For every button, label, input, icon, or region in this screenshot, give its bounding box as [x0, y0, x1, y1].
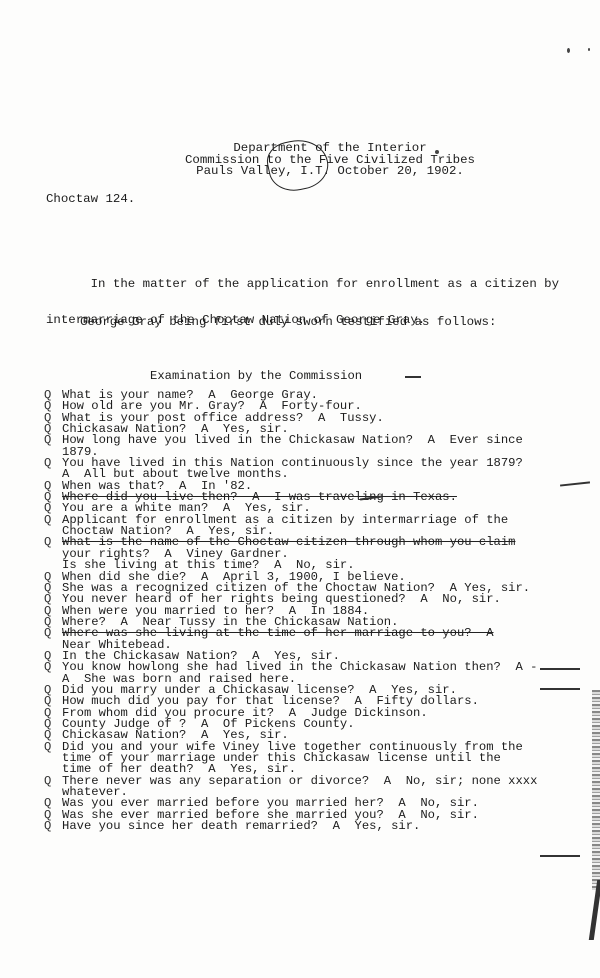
case-number: Choctaw 124.: [46, 192, 135, 206]
scan-speck: [588, 48, 590, 51]
question-marker: [44, 549, 62, 560]
question-marker: Q: [44, 515, 62, 526]
question-marker: Q: [44, 537, 62, 548]
document-page: Department of the Interior Commission to…: [0, 0, 600, 978]
transcript-line: QHave you since her death remarried? A Y…: [44, 821, 584, 832]
question-marker: Q: [44, 776, 62, 787]
transcript-text: There never was any separation or divorc…: [62, 776, 584, 787]
question-marker: [44, 753, 62, 764]
scan-edge-noise: [592, 690, 600, 890]
testimony-transcript: QWhat is your name? A George Gray.QHow o…: [44, 390, 584, 832]
sworn-statement: George Gray being first duly sworn testi…: [80, 315, 496, 329]
examination-title: Examination by the Commission: [150, 369, 362, 383]
transcript-text: How long have you lived in the Chickasaw…: [62, 435, 584, 446]
question-marker: Q: [44, 742, 62, 753]
pen-stroke: [540, 688, 580, 690]
question-marker: Q: [44, 821, 62, 832]
pen-stroke: [405, 376, 421, 378]
scan-speck: [435, 150, 439, 154]
transcript-text: Have you since her death remarried? A Ye…: [62, 821, 584, 832]
matter-line-1: In the matter of the application for enr…: [46, 278, 559, 290]
question-marker: Q: [44, 435, 62, 446]
question-marker: Q: [44, 628, 62, 639]
question-marker: Q: [44, 662, 62, 673]
pen-stroke: [540, 668, 580, 670]
question-marker: Q: [44, 458, 62, 469]
matter-paragraph: In the matter of the application for enr…: [46, 254, 559, 350]
transcript-line: QHow long have you lived in the Chickasa…: [44, 435, 584, 446]
scan-speck: [567, 48, 570, 53]
pen-stroke: [540, 855, 580, 857]
